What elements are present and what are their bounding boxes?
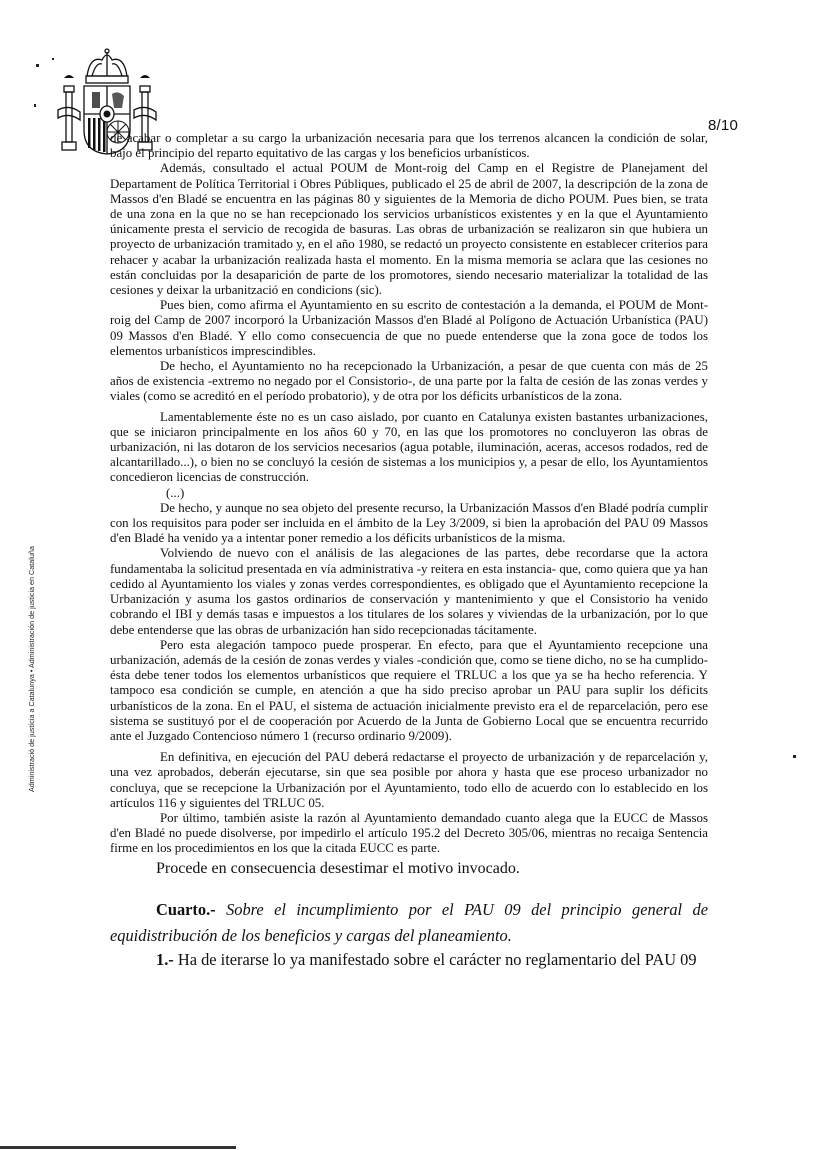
scan-speck [34,104,36,107]
section-heading: Cuarto.- Sobre el incumplimiento por el … [110,897,708,949]
paragraph: Además, consultado el actual POUM de Mon… [110,161,708,298]
paragraph: De hecho, y aunque no sea objeto del pre… [110,501,708,547]
paragraph: De hecho, el Ayuntamiento no ha recepcio… [110,359,708,405]
point-label: 1.- [156,950,174,969]
footer-rule [0,1146,236,1149]
point-text: Ha de iterarse lo ya manifestado sobre e… [178,950,697,969]
paragraph: Volviendo de nuevo con el análisis de la… [110,546,708,637]
paragraph: Pues bien, como afirma el Ayuntamiento e… [110,298,708,359]
scan-speck [793,755,796,758]
quoted-paragraph: Lamentablemente éste no es un caso aisla… [110,410,708,486]
conclusion: Procede en consecuencia desestimar el mo… [110,859,708,879]
paragraph: Pero esta alegación tampoco puede prospe… [110,638,708,744]
document-page: 8/10 Administració de justícia a Catalun… [0,0,820,1150]
document-body: de acabar o completar a su cargo la urba… [110,131,708,971]
section-label: Cuarto.- [156,900,216,919]
scan-speck [36,64,39,67]
page-number: 8/10 [708,117,738,134]
paragraph: de acabar o completar a su cargo la urba… [110,131,708,161]
numbered-point: 1.- Ha de iterarse lo ya manifestado sob… [110,949,708,971]
side-margin-note: Administració de justícia a Catalunya • … [27,546,36,792]
paragraph: Por último, también asiste la razón al A… [110,811,708,857]
paragraph: En definitiva, en ejecución del PAU debe… [110,750,708,811]
ellipsis: (...) [110,486,708,501]
